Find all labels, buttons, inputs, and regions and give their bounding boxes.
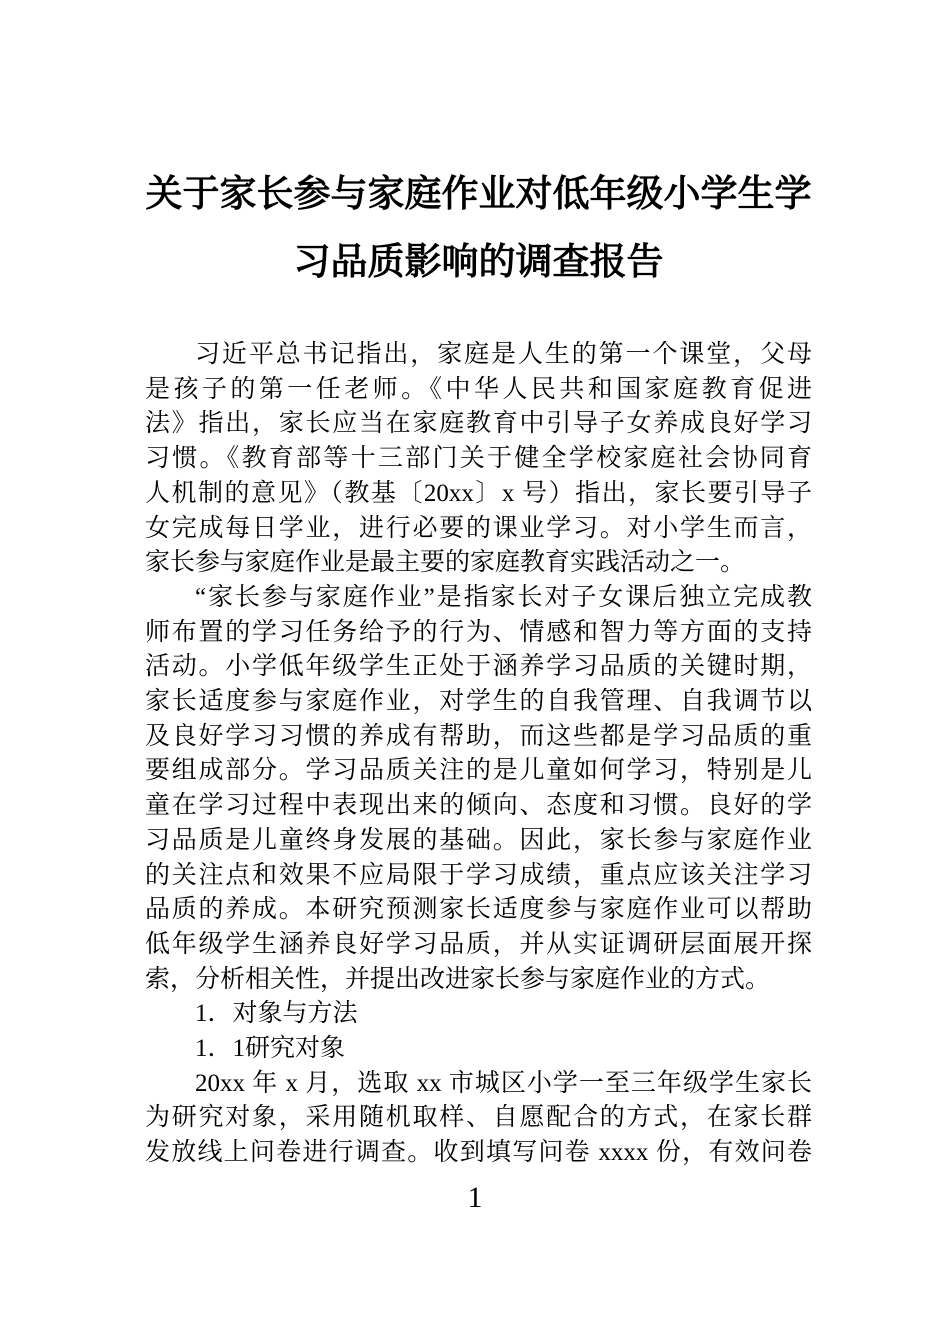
text-line: 习近平总书记指出，家庭是人生的第一个课堂，父母 — [145, 338, 812, 373]
text-line: 女完成每日学业，进行必要的课业学习。对小学生而言， — [145, 512, 812, 547]
text-line: 1．对象与方法 — [145, 997, 812, 1032]
text-line: 要组成部分。学习品质关注的是儿童如何学习，特别是儿 — [145, 754, 812, 789]
document-title: 关于家长参与家庭作业对低年级小学生学 习品质影响的调查报告 — [145, 161, 812, 297]
text-line: 低年级学生涵养良好学习品质，并从实证调研层面展开探 — [145, 928, 812, 963]
text-line: 法》指出，家长应当在家庭教育中引导子女养成良好学习 — [145, 407, 812, 442]
text-line: 20xx 年 x 月，选取 xx 市城区小学一至三年级学生家长 — [145, 1067, 812, 1102]
text-line: 品质的养成。本研究预测家长适度参与家庭作业可以帮助 — [145, 893, 812, 928]
text-line: 及良好学习习惯的养成有帮助，而这些都是学习品质的重 — [145, 720, 812, 755]
section-heading-methods: 1．对象与方法 — [145, 997, 812, 1032]
document-content: 关于家长参与家庭作业对低年级小学生学 习品质影响的调查报告 习近平总书记指出，家… — [145, 0, 812, 1171]
text-line: “家长参与家庭作业”是指家长对子女课后独立完成教 — [145, 581, 812, 616]
document-page: 关于家长参与家庭作业对低年级小学生学 习品质影响的调查报告 习近平总书记指出，家… — [0, 0, 950, 1344]
text-line: 的关注点和效果不应局限于学习成绩，重点应该关注学习 — [145, 859, 812, 894]
text-line: 是孩子的第一任老师。《中华人民共和国家庭教育促进 — [145, 373, 812, 408]
text-line: 习惯。《教育部等十三部门关于健全学校家庭社会协同育 — [145, 442, 812, 477]
text-line: 人机制的意见》（教基〔20xx〕x 号）指出，家长要引导子 — [145, 477, 812, 512]
document-title-line-2: 习品质影响的调查报告 — [145, 229, 812, 297]
text-line: 童在学习过程中表现出来的倾向、态度和习惯。良好的学 — [145, 789, 812, 824]
definition-paragraph: “家长参与家庭作业”是指家长对子女课后独立完成教师布置的学习任务给予的行为、情感… — [145, 581, 812, 997]
text-line: 1．1研究对象 — [145, 1032, 812, 1067]
text-line: 活动。小学低年级学生正处于涵养学习品质的关键时期， — [145, 650, 812, 685]
text-line: 家长参与家庭作业是最主要的家庭教育实践活动之一。 — [145, 546, 812, 581]
text-line: 索，分析相关性，并提出改进家长参与家庭作业的方式。 — [145, 963, 812, 998]
method-paragraph: 20xx 年 x 月，选取 xx 市城区小学一至三年级学生家长为研究对象，采用随… — [145, 1067, 812, 1171]
text-line: 为研究对象，采用随机取样、自愿配合的方式，在家长群 — [145, 1101, 812, 1136]
text-line: 家长适度参与家庭作业，对学生的自我管理、自我调节以 — [145, 685, 812, 720]
page-number: 1 — [0, 1180, 950, 1216]
document-body: 习近平总书记指出，家庭是人生的第一个课堂，父母是孩子的第一任老师。《中华人民共和… — [145, 338, 812, 1171]
text-line: 师布置的学习任务给予的行为、情感和智力等方面的支持 — [145, 616, 812, 651]
document-title-line-1: 关于家长参与家庭作业对低年级小学生学 — [145, 161, 812, 229]
subsection-heading-subjects: 1．1研究对象 — [145, 1032, 812, 1067]
intro-paragraph: 习近平总书记指出，家庭是人生的第一个课堂，父母是孩子的第一任老师。《中华人民共和… — [145, 338, 812, 581]
text-line: 习品质是儿童终身发展的基础。因此，家长参与家庭作业 — [145, 824, 812, 859]
text-line: 发放线上问卷进行调查。收到填写问卷 xxxx 份，有效问卷 — [145, 1136, 812, 1171]
